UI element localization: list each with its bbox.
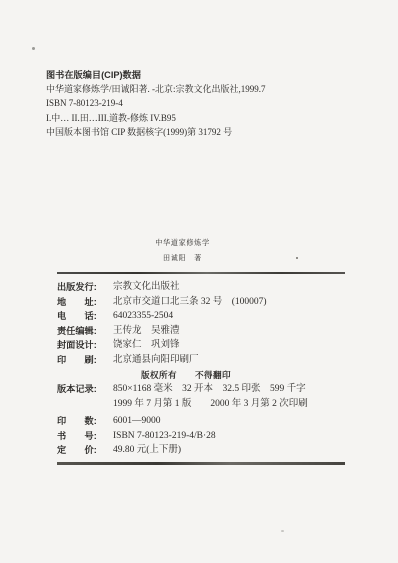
row-value: 6001—9000 — [113, 414, 161, 429]
colophon-block: 出版发行:宗教文化出版社 地 址:北京市交道口北三条 32 号 (100007)… — [57, 280, 345, 458]
edition-spec-line: 850×1168 毫米 32 开本 32.5 印张 599 千字 — [113, 382, 308, 397]
row-label: 书 号: — [57, 429, 105, 444]
row-label: 定 价: — [57, 443, 105, 458]
scan-speck — [281, 530, 284, 532]
cip-block: 图书在版编目(CIP)数据 中华道家修炼学/田诚阳著. -北京:宗教文化出版社,… — [46, 68, 358, 139]
row-value: 宗教文化出版社 — [113, 280, 180, 295]
row-value: 北京市交道口北三条 32 号 (100007) — [113, 295, 267, 310]
scan-speck — [32, 47, 35, 50]
row-label: 地 址: — [57, 295, 105, 310]
colophon-row-price: 定 价:49.80 元(上下册) — [57, 443, 345, 458]
row-value: 北京通县向阳印刷厂 — [113, 353, 199, 368]
colophon-row-cover-design: 封面设计:饶家仁 巩刘锋 — [57, 338, 345, 353]
copyright-notice: 版权所有 不得翻印 — [57, 368, 315, 383]
cip-line-record-number: 中国版本图书馆 CIP 数据核字(1999)第 31792 号 — [46, 125, 358, 139]
divider-bottom — [57, 462, 345, 465]
colophon-row-edition: 版本记录:850×1168 毫米 32 开本 32.5 印张 599 千字199… — [57, 382, 345, 414]
edition-date-line: 1999 年 7 月第 1 版 2000 年 3 月第 2 次印刷 — [113, 397, 308, 412]
cip-line-isbn: ISBN 7-80123-219-4 — [46, 96, 358, 110]
book-title: 中华道家修炼学 — [0, 238, 365, 248]
row-value: 850×1168 毫米 32 开本 32.5 印张 599 千字1999 年 7… — [113, 382, 308, 412]
colophon-row-phone: 电 话:64023355-2504 — [57, 309, 345, 324]
row-value: ISBN 7-80123-219-4/B·28 — [113, 429, 216, 444]
row-label: 印 数: — [57, 414, 105, 429]
book-author: 田诚阳 著 — [0, 253, 365, 263]
book-colophon-page: 图书在版编目(CIP)数据 中华道家修炼学/田诚阳著. -北京:宗教文化出版社,… — [0, 0, 398, 563]
row-label: 责任编辑: — [57, 324, 105, 339]
colophon-row-printer: 印 刷:北京通县向阳印刷厂 — [57, 353, 345, 368]
row-label: 电 话: — [57, 309, 105, 324]
row-value: 王传龙 吴雅澧 — [113, 324, 180, 339]
divider-top — [57, 272, 345, 274]
cip-title: 图书在版编目(CIP)数据 — [46, 68, 358, 82]
colophon-row-publisher: 出版发行:宗教文化出版社 — [57, 280, 345, 295]
row-value: 64023355-2504 — [113, 309, 173, 324]
cip-line-description: 中华道家修炼学/田诚阳著. -北京:宗教文化出版社,1999.7 — [46, 82, 358, 96]
colophon-row-book-number: 书 号:ISBN 7-80123-219-4/B·28 — [57, 429, 345, 444]
row-label: 封面设计: — [57, 338, 105, 353]
row-label: 出版发行: — [57, 280, 105, 295]
row-value: 49.80 元(上下册) — [113, 443, 181, 458]
row-label: 印 刷: — [57, 353, 105, 368]
title-block: 中华道家修炼学 田诚阳 著 — [0, 238, 365, 263]
row-value: 饶家仁 巩刘锋 — [113, 338, 180, 353]
colophon-row-print-run: 印 数:6001—9000 — [57, 414, 345, 429]
cip-line-classification: I.中… II.田…III.道教-修炼 IV.B95 — [46, 111, 358, 125]
row-label: 版本记录: — [57, 382, 105, 397]
colophon-row-address: 地 址:北京市交道口北三条 32 号 (100007) — [57, 295, 345, 310]
colophon-row-editor: 责任编辑:王传龙 吴雅澧 — [57, 324, 345, 339]
